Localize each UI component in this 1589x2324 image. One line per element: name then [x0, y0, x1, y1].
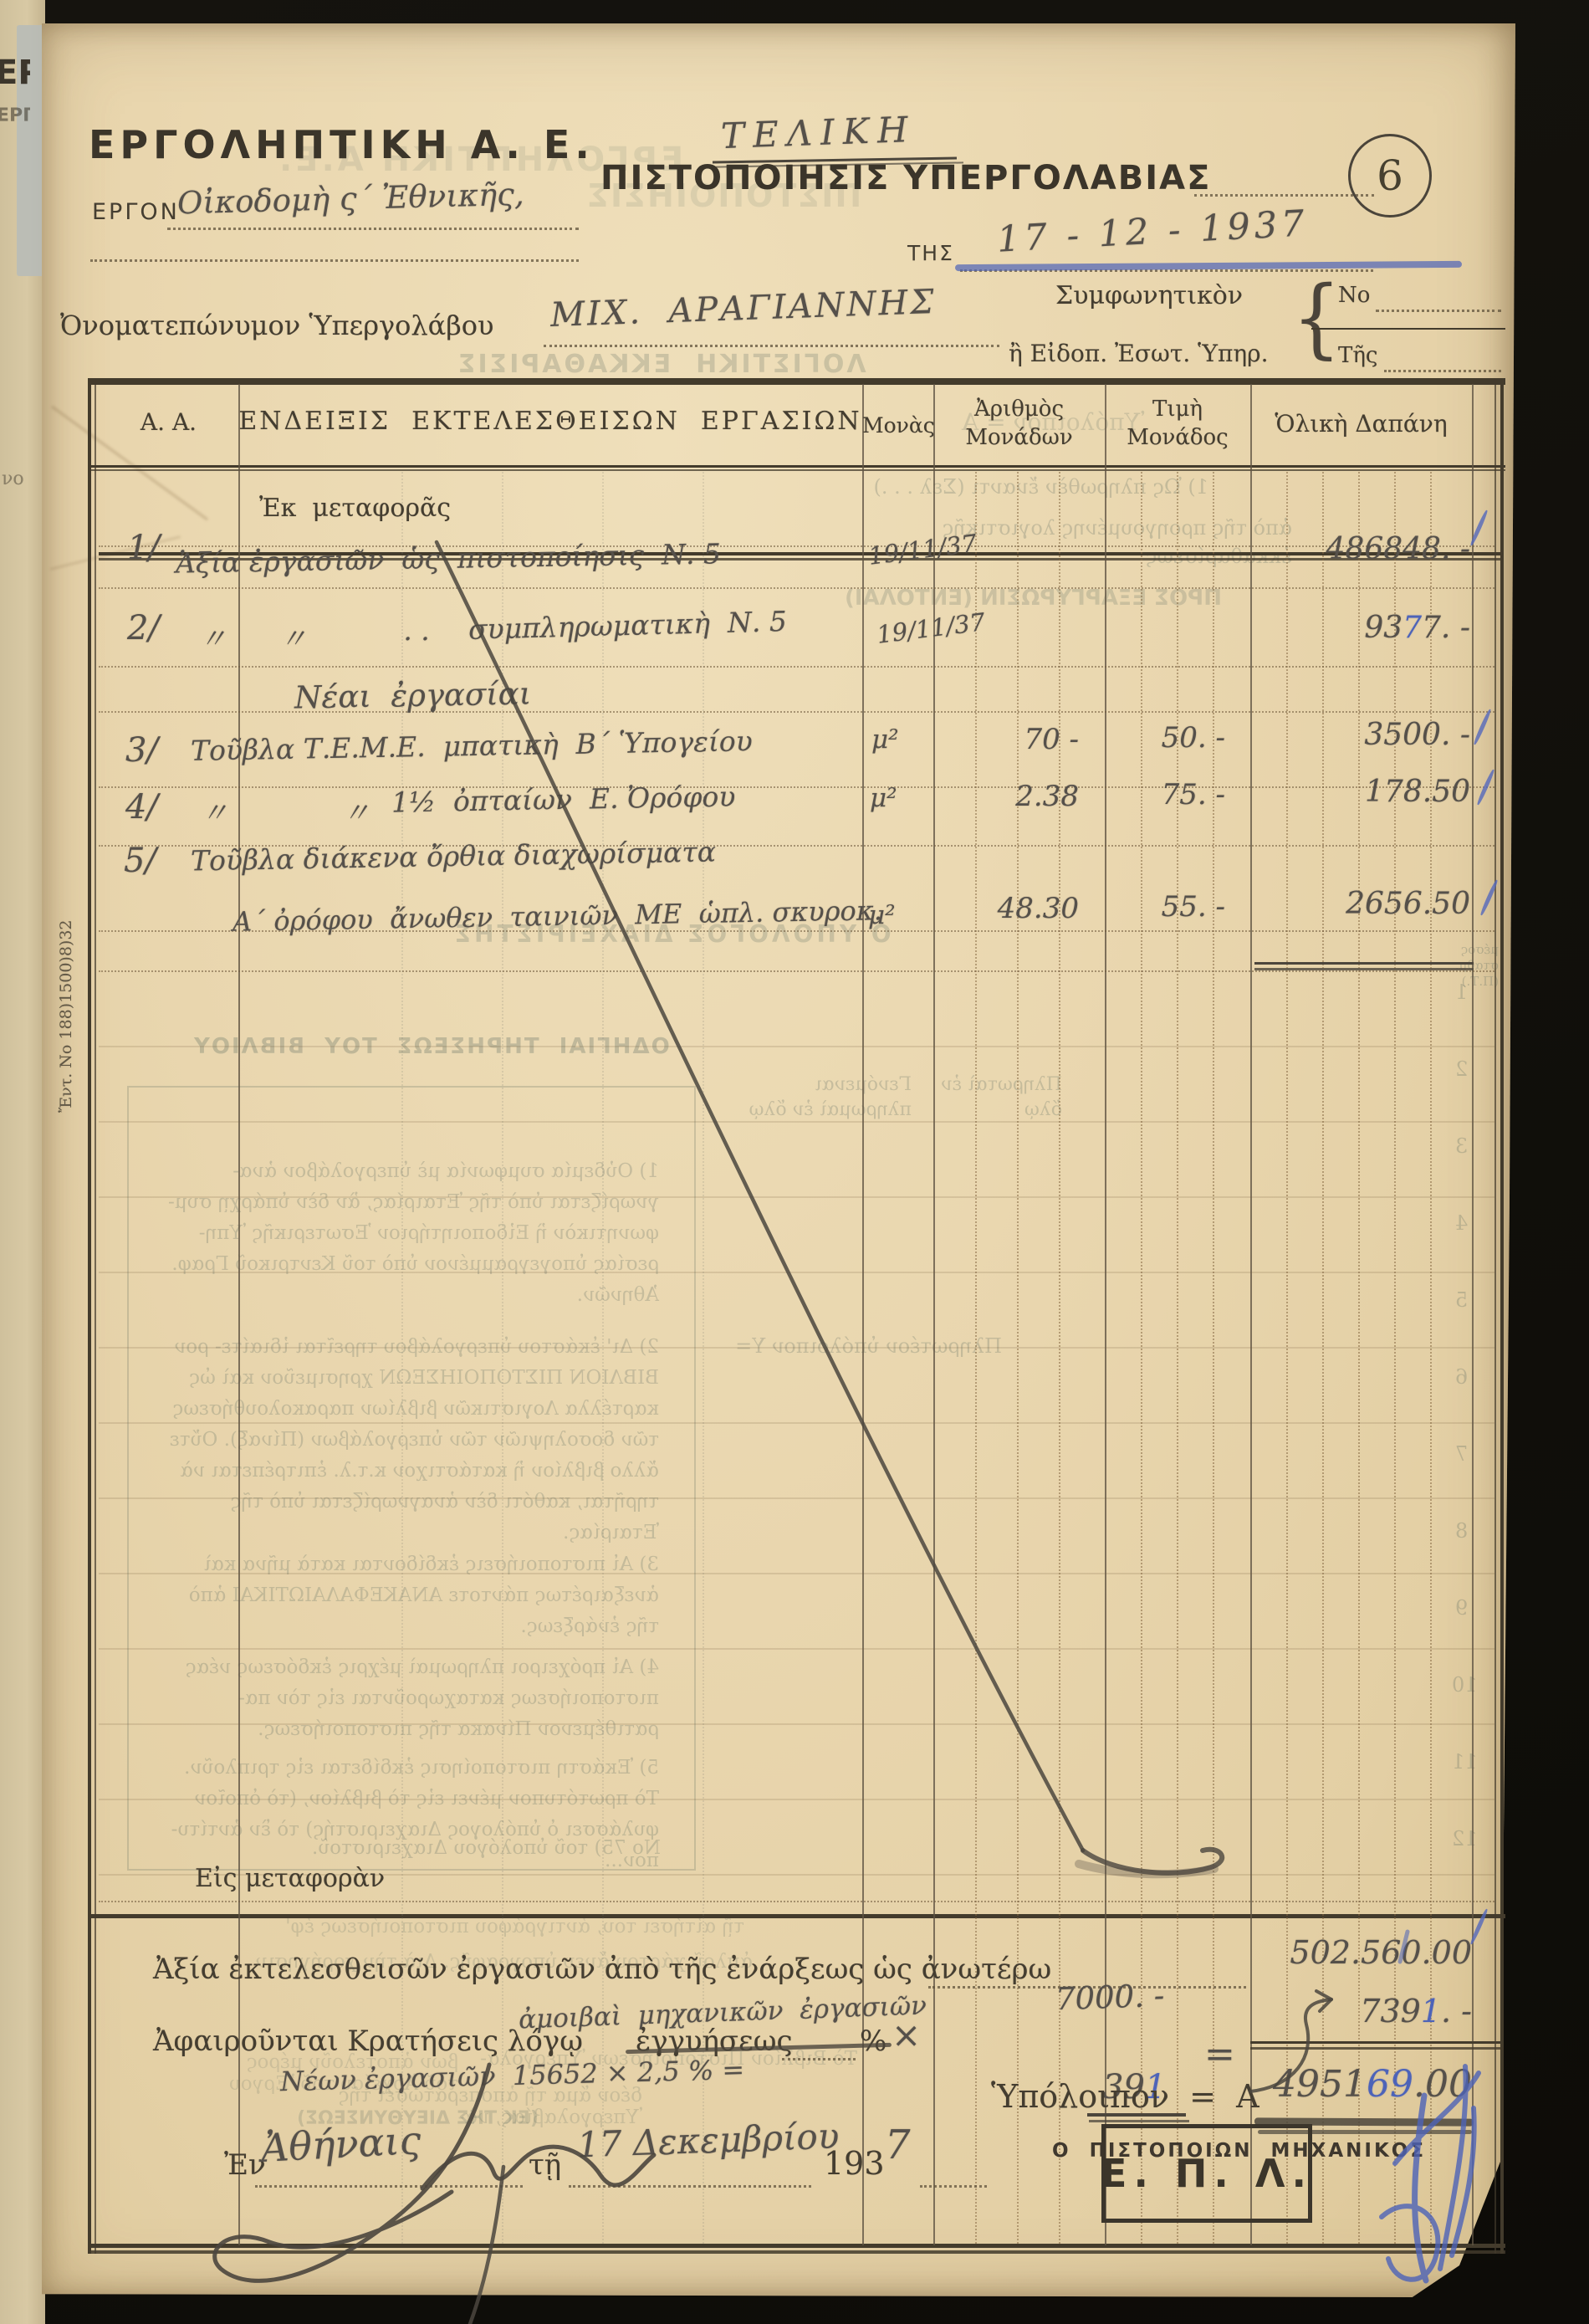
- date-label: ΤΗΣ: [907, 241, 954, 265]
- table-border-right: [1500, 378, 1504, 2254]
- document-title: ΠΙΣΤΟΠΟΙΗΣΙΣ ΥΠΕΡΓΟΛΑΒΙΑΣ: [600, 159, 1211, 197]
- dotted-line: [544, 345, 999, 347]
- dotted-line: [1194, 194, 1374, 197]
- divider-line: [1311, 328, 1505, 330]
- epl-stamp-text: Ε. Π. Λ.: [1101, 2151, 1313, 2196]
- table-rule-top: [88, 378, 1505, 385]
- dotted-line: [920, 2185, 987, 2188]
- section-heading-handwritten: Νέαι ἐργασίαι: [294, 676, 532, 716]
- pencil-total-underline: [1254, 968, 1474, 970]
- hand-note-fee-amount: 7000. -: [1055, 1978, 1165, 2018]
- dotted-leader: [782, 2058, 856, 2060]
- agreement-label: Συμφωνητικὸν: [1055, 281, 1243, 310]
- row-ditto-marks: 〃 〃: [201, 791, 370, 831]
- col-header-total: Ὁλικὴ Δαπάνη: [1250, 410, 1472, 438]
- row-dotted-line: [99, 970, 1494, 972]
- col-header-unit: Μονὰς: [862, 413, 933, 438]
- page-number-stamp: 6: [1348, 134, 1432, 218]
- table-rule-bottom: [88, 2244, 1505, 2248]
- total-pencil: 93: [1364, 611, 1403, 645]
- table-border-left: [95, 378, 96, 2254]
- row-total: 178.50: [1271, 775, 1470, 809]
- sum-rule: [1250, 2047, 1504, 2050]
- bleed-paid-note: ΠΡΟΣ ΕΞΑΡΓΥΡΩΣΙΝ (ΕΝΤΟΛΑΙ): [845, 586, 1222, 611]
- summary-line2-prefix: Ἀφαιροῦνται Κρατήσεις λόγῳ: [153, 2025, 583, 2058]
- total-pencil: . -: [1441, 1993, 1472, 2030]
- agreement-date-label: Τῆς: [1338, 343, 1377, 368]
- row-unit: μ²: [868, 900, 896, 930]
- book-spine-edge: [0, 0, 45, 2324]
- col-header-qty2: Μονάδων: [933, 425, 1105, 450]
- row-total: 486848. -: [1271, 532, 1470, 566]
- row-dotted-line: [99, 666, 1494, 668]
- row-number: 2/: [127, 609, 160, 648]
- col-header-qty: Ἀριθμὸς: [933, 397, 1105, 422]
- dotted-line: [90, 259, 579, 262]
- bleed-paid-note: 1) Ὡς πληρωθὲν ἔναντι (Σελ . . .): [849, 475, 1208, 499]
- col-header-price: Τιμὴ: [1105, 397, 1250, 422]
- brace-glyph: {: [1292, 268, 1341, 368]
- row-number: 5/: [124, 842, 156, 880]
- total-blue-digit: 7: [1403, 611, 1422, 645]
- row-unit: μ²: [871, 724, 899, 755]
- bleed-foot-line: τῇ αἰτήσει του, ἀντιγράφου πιστοποιήσεως…: [276, 1916, 744, 1938]
- amount-blue-digits: 69: [1367, 2063, 1413, 2106]
- row-quantity: 2.38: [945, 780, 1079, 813]
- dotted-line: [255, 2185, 523, 2188]
- footer-year-printed: 193: [824, 2145, 885, 2182]
- form-number-margin: Ἔντ. No 188)1500)8)32: [57, 919, 75, 1113]
- row-total: 9377. -: [1271, 611, 1470, 645]
- row-total: 2656.50: [1271, 887, 1470, 921]
- dotted-line: [569, 2185, 811, 2188]
- summary-percent: %: [860, 2025, 886, 2058]
- dotted-line: [1376, 310, 1501, 312]
- pencil-total-underline: [1254, 962, 1474, 965]
- row-dotted-line: [99, 587, 1494, 589]
- table-rule-bottom: [88, 2250, 1505, 2254]
- dotted-line: [1384, 370, 1501, 372]
- agreement-no-label: No: [1338, 283, 1370, 308]
- scanned-document: ΕΡ ΕΡΓ νο ΕΡΓΟΛΗΠΤΙΚΗ Α.Ε. ΠΙΣΤΟΠΟΙΗΣΙΣ …: [0, 0, 1589, 2324]
- row-unit-price: 75. -: [1112, 778, 1225, 811]
- row-quantity: 70 -: [945, 723, 1079, 756]
- sum-rule: [1250, 2041, 1504, 2044]
- hand-equals: =: [1204, 2033, 1235, 2076]
- epl-stamp-box: Ε. Π. Λ.: [1101, 2124, 1312, 2223]
- amount-pencil: 4951: [1273, 2063, 1367, 2106]
- subcontractor-label: Ὀνοματεπώνυμον Ὑπεργολάβου: [60, 310, 494, 341]
- bleed-row-number: 1: [1455, 980, 1468, 1004]
- col-header-price2: Μονάδος: [1105, 425, 1250, 450]
- remainder-label: Ὑπόλοιπον = Α: [991, 2078, 1259, 2115]
- col-header-aa: Α. Α.: [99, 408, 238, 436]
- hand-x-mark: ×: [892, 2014, 921, 2055]
- edge-text-fragment: νο: [2, 468, 24, 489]
- page-number: 6: [1377, 151, 1403, 200]
- footer-year-handwritten: 7: [885, 2122, 911, 2168]
- final-note-handwritten: ΤΕΛΙΚΗ: [720, 109, 917, 156]
- table-border-right: [1494, 378, 1496, 2254]
- row-dotted-line: [99, 1901, 1494, 1902]
- total-blue-digit: 1: [1421, 1993, 1441, 2030]
- amount-pencil: .00: [1413, 2063, 1472, 2106]
- agreement-label-2: ἢ Εἰδοπ. Ἐσωτ. Ὑπηρ.: [1009, 340, 1269, 367]
- footer-place-handwritten: Ἀθήναις: [260, 2117, 422, 2171]
- table-rule: [88, 465, 1505, 468]
- carry-to-label: Εἰς μεταφορὰν: [195, 1864, 385, 1893]
- row-total: 3500. -: [1271, 718, 1470, 752]
- ledger-row-grid: [99, 1046, 1494, 1879]
- row-unit-price: 50. -: [1112, 721, 1225, 755]
- edge-text-fragment: ΕΡΓ: [0, 105, 30, 126]
- project-label: ΕΡΓΟΝ: [92, 199, 180, 225]
- table-border-left: [88, 378, 91, 2254]
- summary-line1-label: Ἀξία ἐκτελεσθεισῶν ἐργασιῶν ἀπὸ τῆς ἐνάρ…: [153, 1953, 1051, 1986]
- total-pencil: 7. -: [1422, 611, 1470, 645]
- table-rule: [88, 469, 1505, 471]
- row-description: 1½ ὀπταίων Ε. Ὀρόφου: [391, 780, 736, 818]
- total-pencil: 739: [1360, 1993, 1421, 2030]
- footer-en-label: Ἐν: [224, 2148, 266, 2182]
- pencil-underline: [1089, 2120, 1189, 2122]
- table-rule: [88, 1914, 1505, 1918]
- summary-line1-total: 502.560.00: [1271, 1934, 1472, 1971]
- row-number: 1/: [127, 529, 160, 567]
- col-header-description: ΕΝΔΕΙΞΙΣ ΕΚΤΕΛΕΣΘΕΙΣΩΝ ΕΡΓΑΣΙΩΝ: [238, 407, 862, 436]
- summary-line2-total: 7391. -: [1288, 1993, 1472, 2030]
- row-number: 3/: [125, 731, 158, 770]
- edge-text-fragment: ΕΡ: [0, 54, 30, 92]
- carry-forward-label: Ἐκ μεταφορᾶς: [259, 494, 451, 523]
- remainder-total: 495169.00: [1251, 2063, 1472, 2106]
- dotted-line: [167, 228, 579, 230]
- row-quantity: 48.30: [945, 892, 1079, 925]
- row-unit-price: 55. -: [1112, 890, 1225, 924]
- row-number: 4/: [125, 788, 158, 827]
- bleed-accounting: ΛΟΓΙΣΤΙΚΗ ΕΚΚΑΘΑΡΙΣΙΣ: [456, 350, 866, 379]
- row-unit: μ²: [870, 783, 897, 813]
- company-name: ΕΡΓΟΛΗΠΤΙΚΗ Α. Ε.: [89, 122, 595, 167]
- footer-ti-label: τῇ: [529, 2148, 561, 2182]
- row-ditto-marks: 〃 〃 · ·: [199, 617, 430, 657]
